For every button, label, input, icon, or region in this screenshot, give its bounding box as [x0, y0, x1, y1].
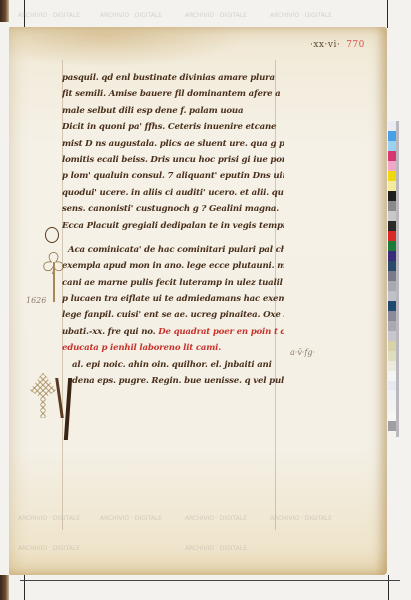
watermark: ARCHIVIO · DIGITALE	[270, 12, 332, 19]
binding-edge-bottom	[0, 575, 9, 600]
watermark: ARCHIVIO · DIGITALE	[100, 515, 162, 522]
frame-line-bottom	[20, 580, 400, 581]
text-line: quodui' ucere. in aliis ci auditi' ucero…	[62, 185, 284, 201]
text-line: Dicit in quoni pa' ffhs. Ceteris inuenir…	[62, 119, 284, 135]
decorated-initial-icon: ♧	[40, 250, 62, 298]
color-swatch	[388, 351, 396, 361]
color-swatch	[388, 211, 396, 221]
color-swatch	[388, 291, 396, 301]
text-line: al. epi noic. ahin oin. quilhor. el. jnb…	[62, 357, 284, 373]
frame-line-right-top	[387, 0, 388, 28]
color-swatch	[388, 141, 396, 151]
color-swatch	[388, 311, 396, 321]
color-swatch	[388, 261, 396, 271]
color-swatch	[388, 331, 396, 341]
marginal-note-left: 1626	[26, 296, 46, 305]
text-line: exempla apud mon in ano. lege ecce pluta…	[62, 258, 284, 274]
frame-line-left-bottom	[24, 575, 25, 600]
text-line: mist D ns augustala. plics ae sluent ure…	[62, 136, 284, 152]
water-stain	[9, 27, 249, 67]
watermark: ARCHIVIO · DIGITALE	[18, 12, 80, 19]
watermark: ARCHIVIO · DIGITALE	[185, 515, 247, 522]
color-swatch	[388, 241, 396, 251]
watermark: ARCHIVIO · DIGITALE	[270, 515, 332, 522]
text-line: fit semili. Amise bauere fil dominantem …	[62, 86, 284, 102]
color-swatch	[388, 371, 396, 381]
folio-number: ·xx·vi·770	[310, 40, 365, 50]
text-line: pasquil. qd enl bustinate divinias amare…	[62, 70, 284, 86]
folio-number-red: 770	[346, 40, 365, 50]
watermark: ARCHIVIO · DIGITALE	[18, 545, 80, 552]
rubric-span: De quadrat poer en poin t deogal	[158, 327, 284, 337]
watermark: ARCHIVIO · DIGITALE	[185, 12, 247, 19]
color-swatch	[388, 391, 396, 401]
color-swatch	[388, 161, 396, 171]
watermark: ARCHIVIO · DIGITALE	[185, 545, 247, 552]
color-swatch	[388, 171, 396, 181]
color-swatch	[388, 301, 396, 311]
text-line: male selbut dili esp dene f. palam uoua	[62, 103, 284, 119]
gray-scale-strip	[396, 121, 399, 437]
color-swatch	[388, 321, 396, 331]
rubric-line: educata p ienhil laboreno lit cami.	[62, 340, 284, 356]
paragraph-mark-icon	[45, 227, 59, 243]
initial-stem	[53, 262, 55, 302]
text-line: cani ae marne pulis fecit luteramp in ul…	[62, 275, 284, 291]
color-swatch	[388, 281, 396, 291]
frame-line-right-bottom	[388, 575, 389, 600]
text-line: p lucaen tra eiflate ui te admiedamans h…	[62, 291, 284, 307]
color-swatch	[388, 221, 396, 231]
text-line-mixed: ubati.-xx. fre qui no. De quadrat poer e…	[62, 324, 284, 340]
color-swatch	[388, 271, 396, 281]
color-swatch	[388, 251, 396, 261]
color-swatch	[388, 131, 396, 141]
text-line: sens. canonisti' custugnoch g ? Gealini …	[62, 201, 284, 217]
color-calibration-strip	[388, 121, 396, 431]
color-swatch	[388, 201, 396, 211]
text-line: lomitis ecali beiss. Dris uncu hoc prisi…	[62, 152, 284, 168]
color-swatch	[388, 421, 396, 431]
text-line: lege fanpil. cuisi' ent se ae. ucreg pin…	[62, 307, 284, 323]
color-swatch	[388, 121, 396, 131]
text-line: p lom' qualuin consul. 7 aliquant' eputi…	[62, 168, 284, 184]
text-line: Ecca Placuit gregiali dedipalan te in ve…	[62, 218, 284, 234]
folio-number-ink: ·xx·vi·	[310, 40, 340, 50]
color-swatch	[388, 231, 396, 241]
marginal-note-right: a·v̄·fg·	[290, 348, 315, 357]
text-line: dena eps. pugre. Regin. bue uenisse. q v…	[62, 373, 284, 389]
watermark: ARCHIVIO · DIGITALE	[18, 515, 80, 522]
binding-edge-top	[0, 0, 9, 22]
watermark: ARCHIVIO · DIGITALE	[100, 12, 162, 19]
main-text-block: pasquil. qd enl bustinate divinias amare…	[62, 70, 284, 389]
color-swatch	[388, 341, 396, 351]
color-swatch	[388, 411, 396, 421]
color-swatch	[388, 361, 396, 371]
text-line: Aca cominicata' de hac cominitari pulari…	[62, 242, 284, 258]
text-span: ubati.-xx. fre qui no.	[62, 327, 155, 337]
color-swatch	[388, 381, 396, 391]
color-swatch	[388, 151, 396, 161]
color-swatch	[388, 401, 396, 411]
color-swatch	[388, 191, 396, 201]
color-swatch	[388, 181, 396, 191]
